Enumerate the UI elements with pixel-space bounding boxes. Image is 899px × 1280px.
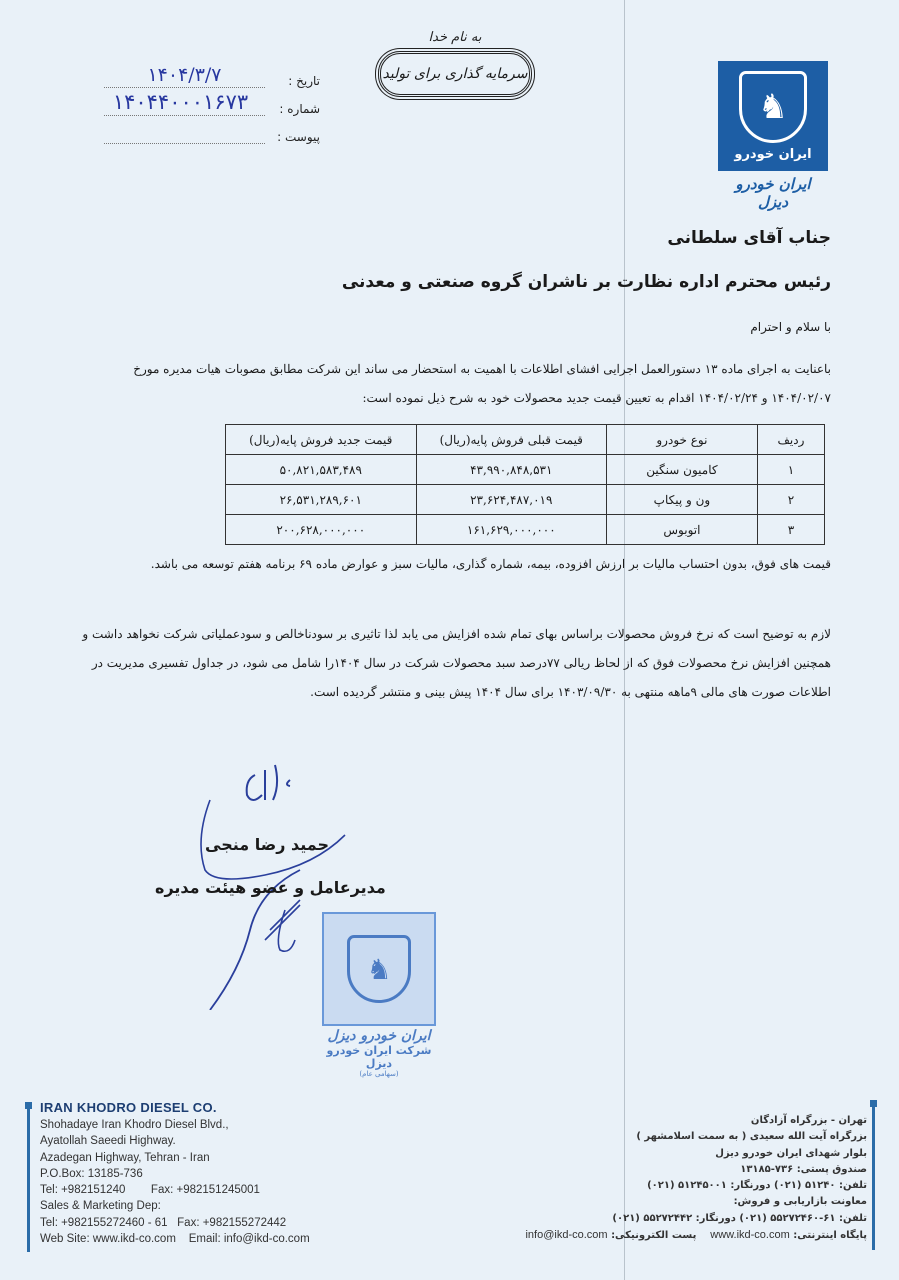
footer-line: Tel: +982155272460 - 61 Fax: +9821552724… bbox=[40, 1215, 310, 1231]
horse-shield-icon: ♞ bbox=[739, 71, 807, 143]
signatory-title: مدیرعامل و عضو هیئت مدیره bbox=[155, 878, 386, 897]
logo-subtitle: ایران خودرو دیزل bbox=[718, 175, 828, 211]
footer-english-address: IRAN KHODRO DIESEL CO. Shohadaye Iran Kh… bbox=[40, 1100, 310, 1247]
stamp-logo-text: ایران خودرو دیزل bbox=[320, 1028, 438, 1044]
footer-line: Tel: +982151240 Fax: +982151245001 bbox=[40, 1182, 310, 1198]
attachment-row: پیوست : bbox=[100, 116, 320, 144]
cell-old-price: ۱۶۱,۶۲۹,۰۰۰,۰۰۰ bbox=[416, 515, 607, 545]
number-row: شماره : ۱۴۰۴۴۰۰۰۱۶۷۳ bbox=[100, 88, 320, 116]
footer-right-square-icon bbox=[870, 1100, 877, 1107]
logo-box-text: ایران خودرو bbox=[734, 147, 811, 162]
header-row-number: ردیف bbox=[757, 425, 824, 455]
stamp-horse-shield-icon: ♞ bbox=[347, 935, 411, 1003]
logo-box: ♞ ایران خودرو bbox=[718, 61, 828, 171]
cell-new-price: ۵۰,۸۲۱,۵۸۳,۴۸۹ bbox=[226, 455, 417, 485]
motto-text: سرمایه گذاری برای تولید bbox=[382, 66, 527, 82]
cell-vehicle-type: ون و پیکاپ bbox=[607, 485, 758, 515]
footer-left-bar bbox=[27, 1102, 30, 1252]
number-label: شماره : bbox=[265, 102, 320, 116]
email-label: پست الکترونیکی: bbox=[611, 1230, 696, 1241]
footer-company-name: IRAN KHODRO DIESEL CO. bbox=[40, 1100, 310, 1115]
price-table: ردیف نوع خودرو قیمت قبلی فروش پایه(ریال)… bbox=[225, 424, 825, 545]
footer-left-square-icon bbox=[25, 1102, 32, 1109]
footer-line-fa: تهران - بزرگراه آزادگان bbox=[525, 1113, 867, 1129]
cell-row-number: ۳ bbox=[757, 515, 824, 545]
date-label: تاریخ : bbox=[265, 74, 320, 88]
footer-line-fa: معاونت بازاریابی و فروش: bbox=[525, 1194, 867, 1210]
header-new-price: قیمت جدید فروش پایه(ریال) bbox=[226, 425, 417, 455]
letter-meta: تاریخ : ۱۴۰۴/۳/۷ شماره : ۱۴۰۴۴۰۰۰۱۶۷۳ پی… bbox=[100, 60, 320, 144]
cell-new-price: ۲۶,۵۳۱,۲۸۹,۶۰۱ bbox=[226, 485, 417, 515]
number-field: ۱۴۰۴۴۰۰۰۱۶۷۳ bbox=[104, 101, 265, 116]
cell-new-price: ۲۰۰,۶۲۸,۰۰۰,۰۰۰ bbox=[226, 515, 417, 545]
number-value: ۱۴۰۴۴۰۰۰۱۶۷۳ bbox=[96, 90, 265, 114]
cell-old-price: ۲۳,۶۲۴,۴۸۷,۰۱۹ bbox=[416, 485, 607, 515]
cell-row-number: ۲ bbox=[757, 485, 824, 515]
footer-line: Sales & Marketing Dep: bbox=[40, 1198, 310, 1214]
footer-line-fa: بزرگراه آیت الله سعیدی ( به سمت اسلامشهر… bbox=[525, 1129, 867, 1145]
date-value: ۱۴۰۴/۳/۷ bbox=[104, 64, 265, 86]
footer-line: P.O.Box: 13185-736 bbox=[40, 1166, 310, 1182]
attachment-label: پیوست : bbox=[265, 130, 320, 144]
date-row: تاریخ : ۱۴۰۴/۳/۷ bbox=[100, 60, 320, 88]
website-link[interactable]: www.ikd-co.com bbox=[710, 1229, 789, 1241]
footer-line-fa: تلفن: ۶۱-۵۵۲۷۲۴۶۰ (۰۲۱) دورنگار: ۵۵۲۷۲۴۴… bbox=[525, 1211, 867, 1227]
footer-line: Shohadaye Iran Khodro Diesel Blvd., bbox=[40, 1117, 310, 1133]
paragraph-explanation: لازم به توضیح است که نرخ فروش محصولات بر… bbox=[71, 620, 831, 707]
addressee-name: جناب آقای سلطانی bbox=[667, 228, 831, 248]
bismillah-text: به نام خدا bbox=[375, 30, 535, 45]
company-stamp: ♞ ایران خودرو دیزل شرکت ایران خودرو دیزل… bbox=[320, 912, 438, 1078]
paragraph-tax-note: قیمت های فوق، بدون احتساب مالیات بر ارزش… bbox=[71, 550, 831, 579]
paragraph-intro: باعنایت به اجرای ماده ۱۳ دستورالعمل اجرا… bbox=[71, 355, 831, 413]
stamp-box: ♞ bbox=[322, 912, 436, 1026]
company-logo: ♞ ایران خودرو ایران خودرو دیزل bbox=[718, 61, 828, 211]
footer-line-fa: بلوار شهدای ایران خودرو دیزل bbox=[525, 1146, 867, 1162]
table-row: ۱ کامیون سنگین ۴۳,۹۹۰,۸۴۸,۵۳۱ ۵۰,۸۲۱,۵۸۳… bbox=[226, 455, 825, 485]
email-link[interactable]: info@ikd-co.com bbox=[525, 1229, 607, 1241]
header-vehicle-type: نوع خودرو bbox=[607, 425, 758, 455]
footer-line: Ayatollah Saeedi Highway. bbox=[40, 1133, 310, 1149]
table-row: ۳ اتوبوس ۱۶۱,۶۲۹,۰۰۰,۰۰۰ ۲۰۰,۶۲۸,۰۰۰,۰۰۰ bbox=[226, 515, 825, 545]
header-old-price: قیمت قبلی فروش پایه(ریال) bbox=[416, 425, 607, 455]
stamp-company-name: شرکت ایران خودرو دیزل bbox=[320, 1044, 438, 1070]
greeting: با سلام و احترام bbox=[750, 320, 831, 334]
web-label: پایگاه اینترنتی: bbox=[793, 1230, 867, 1241]
date-field: ۱۴۰۴/۳/۷ bbox=[104, 73, 265, 88]
cell-vehicle-type: کامیون سنگین bbox=[607, 455, 758, 485]
table-header-row: ردیف نوع خودرو قیمت قبلی فروش پایه(ریال)… bbox=[226, 425, 825, 455]
footer-persian-address: تهران - بزرگراه آزادگان بزرگراه آیت الله… bbox=[525, 1113, 867, 1244]
letterhead-motto: به نام خدا سرمایه گذاری برای تولید bbox=[375, 30, 535, 97]
signatory-name: حمید رضا منجی bbox=[205, 835, 329, 854]
cell-old-price: ۴۳,۹۹۰,۸۴۸,۵۳۱ bbox=[416, 455, 607, 485]
addressee-title: رئیس محترم اداره نظارت بر ناشران گروه صن… bbox=[342, 272, 831, 292]
stamp-company-type: (سهامی عام) bbox=[320, 1070, 438, 1078]
footer-right-bar bbox=[872, 1100, 875, 1250]
cell-row-number: ۱ bbox=[757, 455, 824, 485]
attachment-field bbox=[104, 129, 265, 144]
footer-line: Web Site: www.ikd-co.com Email: info@ikd… bbox=[40, 1231, 310, 1247]
motto-frame: سرمایه گذاری برای تولید bbox=[378, 51, 532, 97]
footer-line-fa: صندوق پستی: ۷۳۶-۱۳۱۸۵ bbox=[525, 1162, 867, 1178]
footer-line-fa: تلفن: ۵۱۲۴۰ (۰۲۱) دورنگار: ۵۱۲۴۵۰۰۱ (۰۲۱… bbox=[525, 1178, 867, 1194]
table-row: ۲ ون و پیکاپ ۲۳,۶۲۴,۴۸۷,۰۱۹ ۲۶,۵۳۱,۲۸۹,۶… bbox=[226, 485, 825, 515]
footer-web-row: پایگاه اینترنتی: www.ikd-co.com پست الکت… bbox=[525, 1227, 867, 1244]
cell-vehicle-type: اتوبوس bbox=[607, 515, 758, 545]
footer-line: Azadegan Highway, Tehran - Iran bbox=[40, 1150, 310, 1166]
